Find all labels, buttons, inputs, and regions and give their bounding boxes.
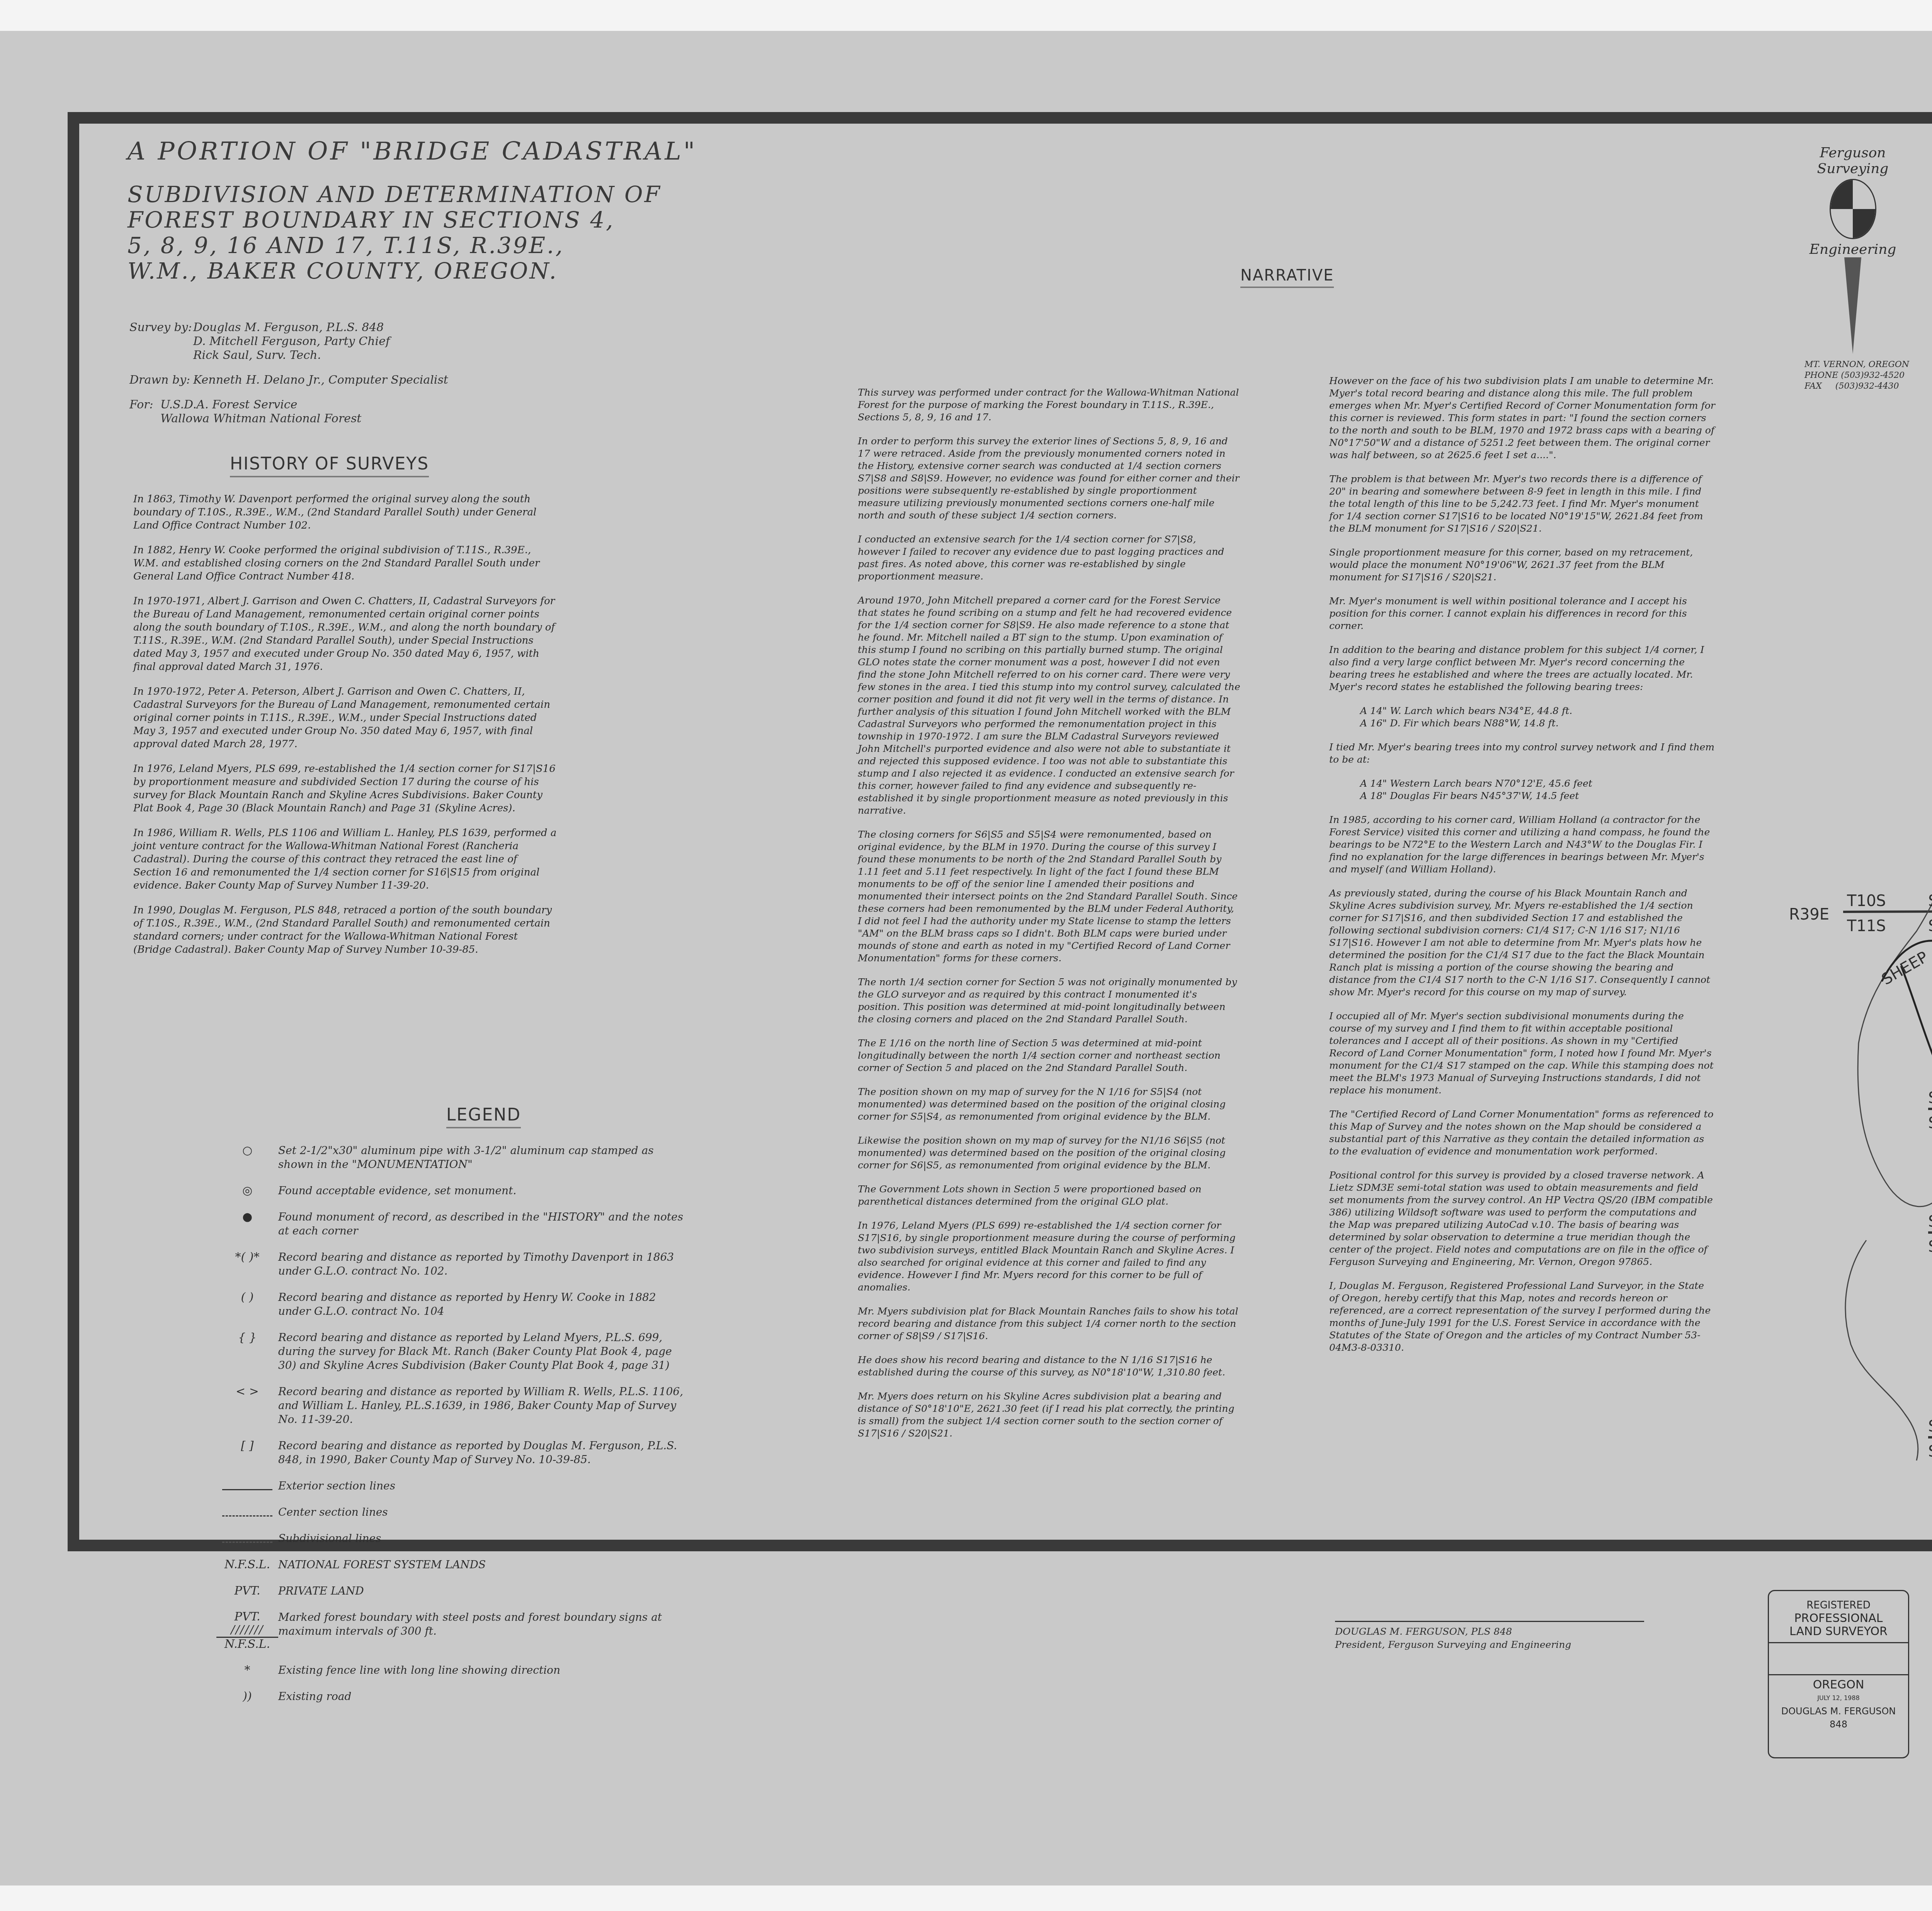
tree-found-1: A 14" Western Larch bears N70°12'E, 45.6…: [1360, 777, 1716, 790]
history-paragraph: In 1882, Henry W. Cooke performed the or…: [133, 544, 558, 583]
legend-abbrev-item: PVT.PRIVATE LAND: [216, 1584, 757, 1598]
legend: LEGEND ○Set 2-1/2"x30" aluminum pipe wit…: [216, 1105, 757, 1716]
surveyor-title: President, Ferguson Surveying and Engine…: [1335, 1638, 1644, 1651]
filled-circle-icon: ●: [216, 1210, 278, 1224]
history-of-surveys: HISTORY OF SURVEYS In 1863, Timothy W. D…: [133, 454, 558, 968]
road-text: Existing road: [278, 1690, 684, 1704]
center-line-icon: [216, 1505, 278, 1519]
fax-line: FAX (503)932-4430: [1804, 381, 1917, 392]
square-bracket-icon: [ ]: [216, 1439, 278, 1452]
township-label: T11S: [1847, 917, 1886, 935]
legend-item-text: Found monument of record, as described i…: [278, 1210, 684, 1238]
bearing-trees-found: A 14" Western Larch bears N70°12'E, 45.6…: [1329, 777, 1716, 802]
narrative-paragraph: I occupied all of Mr. Myer's section sub…: [1329, 1010, 1716, 1097]
company-logo: Ferguson Surveying Engineering MT. VERNO…: [1789, 145, 1917, 392]
boundary-text: Marked forest boundary with steel posts …: [278, 1610, 684, 1638]
narrative-paragraph: The Government Lots shown in Section 5 w…: [858, 1183, 1240, 1208]
for-label: For:: [129, 398, 160, 426]
credits-block: Survey by: Douglas M. Ferguson, P.L.S. 8…: [129, 321, 448, 437]
narrative-paragraph: In 1985, according to his corner card, W…: [1329, 814, 1716, 876]
section-label: S31: [1928, 892, 1932, 910]
fence-asterisk-icon: *: [216, 1663, 278, 1677]
legend-item: < >Record bearing and distance as report…: [216, 1385, 757, 1426]
narrative-paragraph: I conducted an extensive search for the …: [858, 533, 1240, 583]
legend-boundary: PVT. /////// N.F.S.L. Marked forest boun…: [216, 1610, 757, 1651]
stamp-date: JULY 12, 1988: [1769, 1692, 1908, 1705]
client-1: U.S.D.A. Forest Service: [160, 398, 361, 412]
legend-item-text: Record bearing and distance as reported …: [278, 1290, 684, 1318]
sub-line-icon: [216, 1532, 278, 1545]
section-label: S6: [1928, 1089, 1932, 1107]
section-label: S19: [1928, 1443, 1932, 1460]
section-label: S7: [1928, 1114, 1932, 1132]
narrative-paragraph: Around 1970, John Mitchell prepared a co…: [858, 594, 1240, 817]
narrative-paragraph: Single proportionment measure for this c…: [1329, 546, 1716, 583]
narrative-paragraph: Mr. Myer's monument is well within posit…: [1329, 595, 1716, 632]
sub-line-sample: [222, 1542, 272, 1543]
surveyor-signature-block: DOUGLAS M. FERGUSON, PLS 848 President, …: [1335, 1621, 1644, 1651]
history-paragraph: In 1863, Timothy W. Davenport performed …: [133, 493, 558, 532]
section-label: S7: [1928, 1213, 1932, 1231]
tree-found-2: A 18" Douglas Fir bears N45°37'W, 14.5 f…: [1360, 790, 1716, 802]
tree-record-1: A 14" W. Larch which bears N34°E, 44.8 f…: [1360, 705, 1716, 717]
legend-line-text: Exterior section lines: [278, 1479, 684, 1493]
narrative-paragraph: Mr. Myers does return on his Skyline Acr…: [858, 1390, 1240, 1440]
township-label: T10S: [1847, 892, 1886, 910]
phone-line: PHONE (503)932-4520: [1804, 370, 1917, 381]
bearing-trees-record: A 14" W. Larch which bears N34°E, 44.8 f…: [1329, 705, 1716, 729]
section-label: S18: [1928, 1418, 1932, 1435]
abbrev-symbol: N.F.S.L.: [216, 1558, 278, 1571]
double-circle-icon: ◎: [216, 1184, 278, 1197]
legend-item: ○Set 2-1/2"x30" aluminum pipe with 3-1/2…: [216, 1144, 757, 1171]
boundary-bottom-label: N.F.S.L.: [216, 1638, 278, 1651]
legend-item-text: Found acceptable evidence, set monument.: [278, 1184, 684, 1198]
signature-rule: [1335, 1621, 1644, 1622]
stamp-state: OREGON: [1769, 1678, 1908, 1692]
narrative-column-1: This survey was performed under contract…: [858, 386, 1240, 1451]
legend-line-item: Exterior section lines: [216, 1479, 757, 1493]
legend-item-text: Set 2-1/2"x30" aluminum pipe with 3-1/2"…: [278, 1144, 684, 1171]
fence-text: Existing fence line with long line showi…: [278, 1663, 684, 1677]
vicinity-map: R39ET10ST11SS31S32S32S33S33S34S6S5S5S4S4…: [1789, 804, 1932, 1576]
legend-road: )) Existing road: [216, 1690, 757, 1704]
company-address: MT. VERNON, OREGON PHONE (503)932-4520 F…: [1789, 359, 1917, 392]
narrative-paragraph: The "Certified Record of Land Corner Mon…: [1329, 1108, 1716, 1158]
drawn-by-label: Drawn by:: [129, 373, 193, 387]
legend-heading: LEGEND: [446, 1105, 521, 1128]
narrative-paragraph: This survey was performed under contract…: [858, 386, 1240, 423]
narrative-paragraph: Likewise the position shown on my map of…: [858, 1134, 1240, 1171]
stamp-line: REGISTERED: [1769, 1599, 1908, 1612]
hatch-line-icon: ///////: [216, 1624, 278, 1638]
narrative-heading-wrap: NARRATIVE: [1240, 267, 1334, 288]
legend-item: ( )Record bearing and distance as report…: [216, 1290, 757, 1318]
surveyor-1: Douglas M. Ferguson, P.L.S. 848: [193, 321, 390, 335]
client-2: Wallowa Whitman National Forest: [160, 412, 361, 426]
narrative-paragraph: The north 1/4 section corner for Section…: [858, 976, 1240, 1025]
narrative-paragraph: The closing corners for S6|S5 and S5|S4 …: [858, 828, 1240, 964]
narrative-paragraph: Positional control for this survey is pr…: [1329, 1169, 1716, 1268]
section-label: S6: [1928, 917, 1932, 935]
survey-by-label: Survey by:: [129, 321, 193, 362]
narrative-paragraph: However on the face of his two subdivisi…: [1329, 375, 1716, 461]
road-icon: )): [216, 1690, 278, 1703]
legend-item: { }Record bearing and distance as report…: [216, 1331, 757, 1372]
legend-item-text: Record bearing and distance as reported …: [278, 1385, 684, 1426]
cor-role: C.O.R.: [1911, 1688, 1932, 1701]
boundary-top-label: PVT.: [216, 1610, 278, 1624]
legend-line-text: Subdivisional lines: [278, 1532, 684, 1545]
stamp-number: 848: [1769, 1718, 1908, 1731]
document-subtitle: SUBDIVISION AND DETERMINATION OF FOREST …: [128, 182, 784, 284]
legend-item: ◎Found acceptable evidence, set monument…: [216, 1184, 757, 1198]
legend-item-text: Record bearing and distance as reported …: [278, 1250, 684, 1278]
narrative-paragraph: He does show his record bearing and dist…: [858, 1354, 1240, 1379]
history-paragraph: In 1970-1972, Peter A. Peterson, Albert …: [133, 685, 558, 751]
creek-label: SHEEP: [1879, 948, 1931, 989]
history-paragraph: In 1986, William R. Wells, PLS 1106 and …: [133, 826, 558, 892]
angle-bracket-icon: < >: [216, 1385, 278, 1398]
open-circle-icon: ○: [216, 1144, 278, 1157]
narrative-paragraph: The position shown on my map of survey f…: [858, 1086, 1240, 1123]
logo-name-top: Ferguson Surveying: [1789, 145, 1917, 177]
surveyor-3: Rick Saul, Surv. Tech.: [193, 349, 390, 362]
solid-line-icon: [216, 1479, 278, 1493]
abbrev-symbol: PVT.: [216, 1584, 278, 1598]
legend-item: *( )*Record bearing and distance as repo…: [216, 1250, 757, 1278]
surveyor-seal-stamp: REGISTERED PROFESSIONAL LAND SURVEYOR OR…: [1768, 1590, 1909, 1758]
surveyor-2: D. Mitchell Ferguson, Party Chief: [193, 335, 390, 349]
narrative-para: I tied Mr. Myer's bearing trees into my …: [1329, 741, 1716, 766]
brace-icon: { }: [216, 1331, 278, 1344]
history-paragraph: In 1990, Douglas M. Ferguson, PLS 848, r…: [133, 904, 558, 956]
legend-item-text: Record bearing and distance as reported …: [278, 1439, 684, 1467]
narrative-paragraph: In 1976, Leland Myers (PLS 699) re-estab…: [858, 1219, 1240, 1294]
legend-item: [ ]Record bearing and distance as report…: [216, 1439, 757, 1467]
legend-abbrev-item: N.F.S.L.NATIONAL FOREST SYSTEM LANDS: [216, 1558, 757, 1572]
legend-item: ●Found monument of record, as described …: [216, 1210, 757, 1238]
legend-line-item: Center section lines: [216, 1505, 757, 1519]
history-paragraph: In 1970-1971, Albert J. Garrison and Owe…: [133, 595, 558, 673]
address-line: MT. VERNON, OREGON: [1804, 359, 1917, 370]
logo-name-bottom: Engineering: [1789, 241, 1917, 257]
narrative-heading: NARRATIVE: [1240, 267, 1334, 288]
range-label: R39E: [1789, 906, 1829, 923]
legend-item-text: Record bearing and distance as reported …: [278, 1331, 684, 1372]
narrative-paragraph: I, Douglas M. Ferguson, Registered Profe…: [1329, 1280, 1716, 1354]
narrative-paragraph: Mr. Myers subdivision plat for Black Mou…: [858, 1305, 1240, 1342]
narrative-paragraph: The E 1/16 on the north line of Section …: [858, 1037, 1240, 1074]
supervisor-role: FOREST SUPERVISOR: [1930, 1770, 1932, 1783]
history-heading: HISTORY OF SURVEYS: [230, 454, 429, 477]
narrative-paragraph: In addition to the bearing and distance …: [1329, 644, 1716, 693]
narrative-column-2: However on the face of his two subdivisi…: [1329, 375, 1716, 1365]
legend-line-item: Subdivisional lines: [216, 1532, 757, 1545]
survey-target-icon: [1830, 179, 1876, 239]
narrative-paragraph: In order to perform this survey the exte…: [858, 435, 1240, 522]
abbrev-text: NATIONAL FOREST SYSTEM LANDS: [278, 1558, 684, 1572]
plumb-bob-icon: [1844, 257, 1861, 354]
history-paragraph: In 1976, Leland Myers, PLS 699, re-estab…: [133, 762, 558, 815]
stamp-name: DOUGLAS M. FERGUSON: [1769, 1705, 1908, 1718]
paren-icon: ( ): [216, 1290, 278, 1304]
solid-line-sample: [222, 1489, 272, 1490]
stamp-line: LAND SURVEYOR: [1769, 1625, 1908, 1638]
asterisk-paren-icon: *( )*: [216, 1250, 278, 1264]
surveyor-name: DOUGLAS M. FERGUSON, PLS 848: [1335, 1625, 1644, 1638]
drawn-by: Kenneth H. Delano Jr., Computer Speciali…: [193, 373, 448, 387]
document-title: A PORTION OF "BRIDGE CADASTRAL": [128, 137, 697, 166]
legend-fence: * Existing fence line with long line sho…: [216, 1663, 757, 1677]
narrative-paragraph: The problem is that between Mr. Myer's t…: [1329, 473, 1716, 535]
narrative-paragraph: As previously stated, during the course …: [1329, 887, 1716, 998]
abbrev-text: PRIVATE LAND: [278, 1584, 684, 1598]
legend-line-text: Center section lines: [278, 1505, 684, 1519]
tree-record-2: A 16" D. Fir which bears N88°W, 14.8 ft.: [1360, 717, 1716, 729]
stamp-line: PROFESSIONAL: [1769, 1612, 1908, 1625]
center-line-sample: [222, 1515, 272, 1517]
section-label: S18: [1928, 1238, 1932, 1256]
